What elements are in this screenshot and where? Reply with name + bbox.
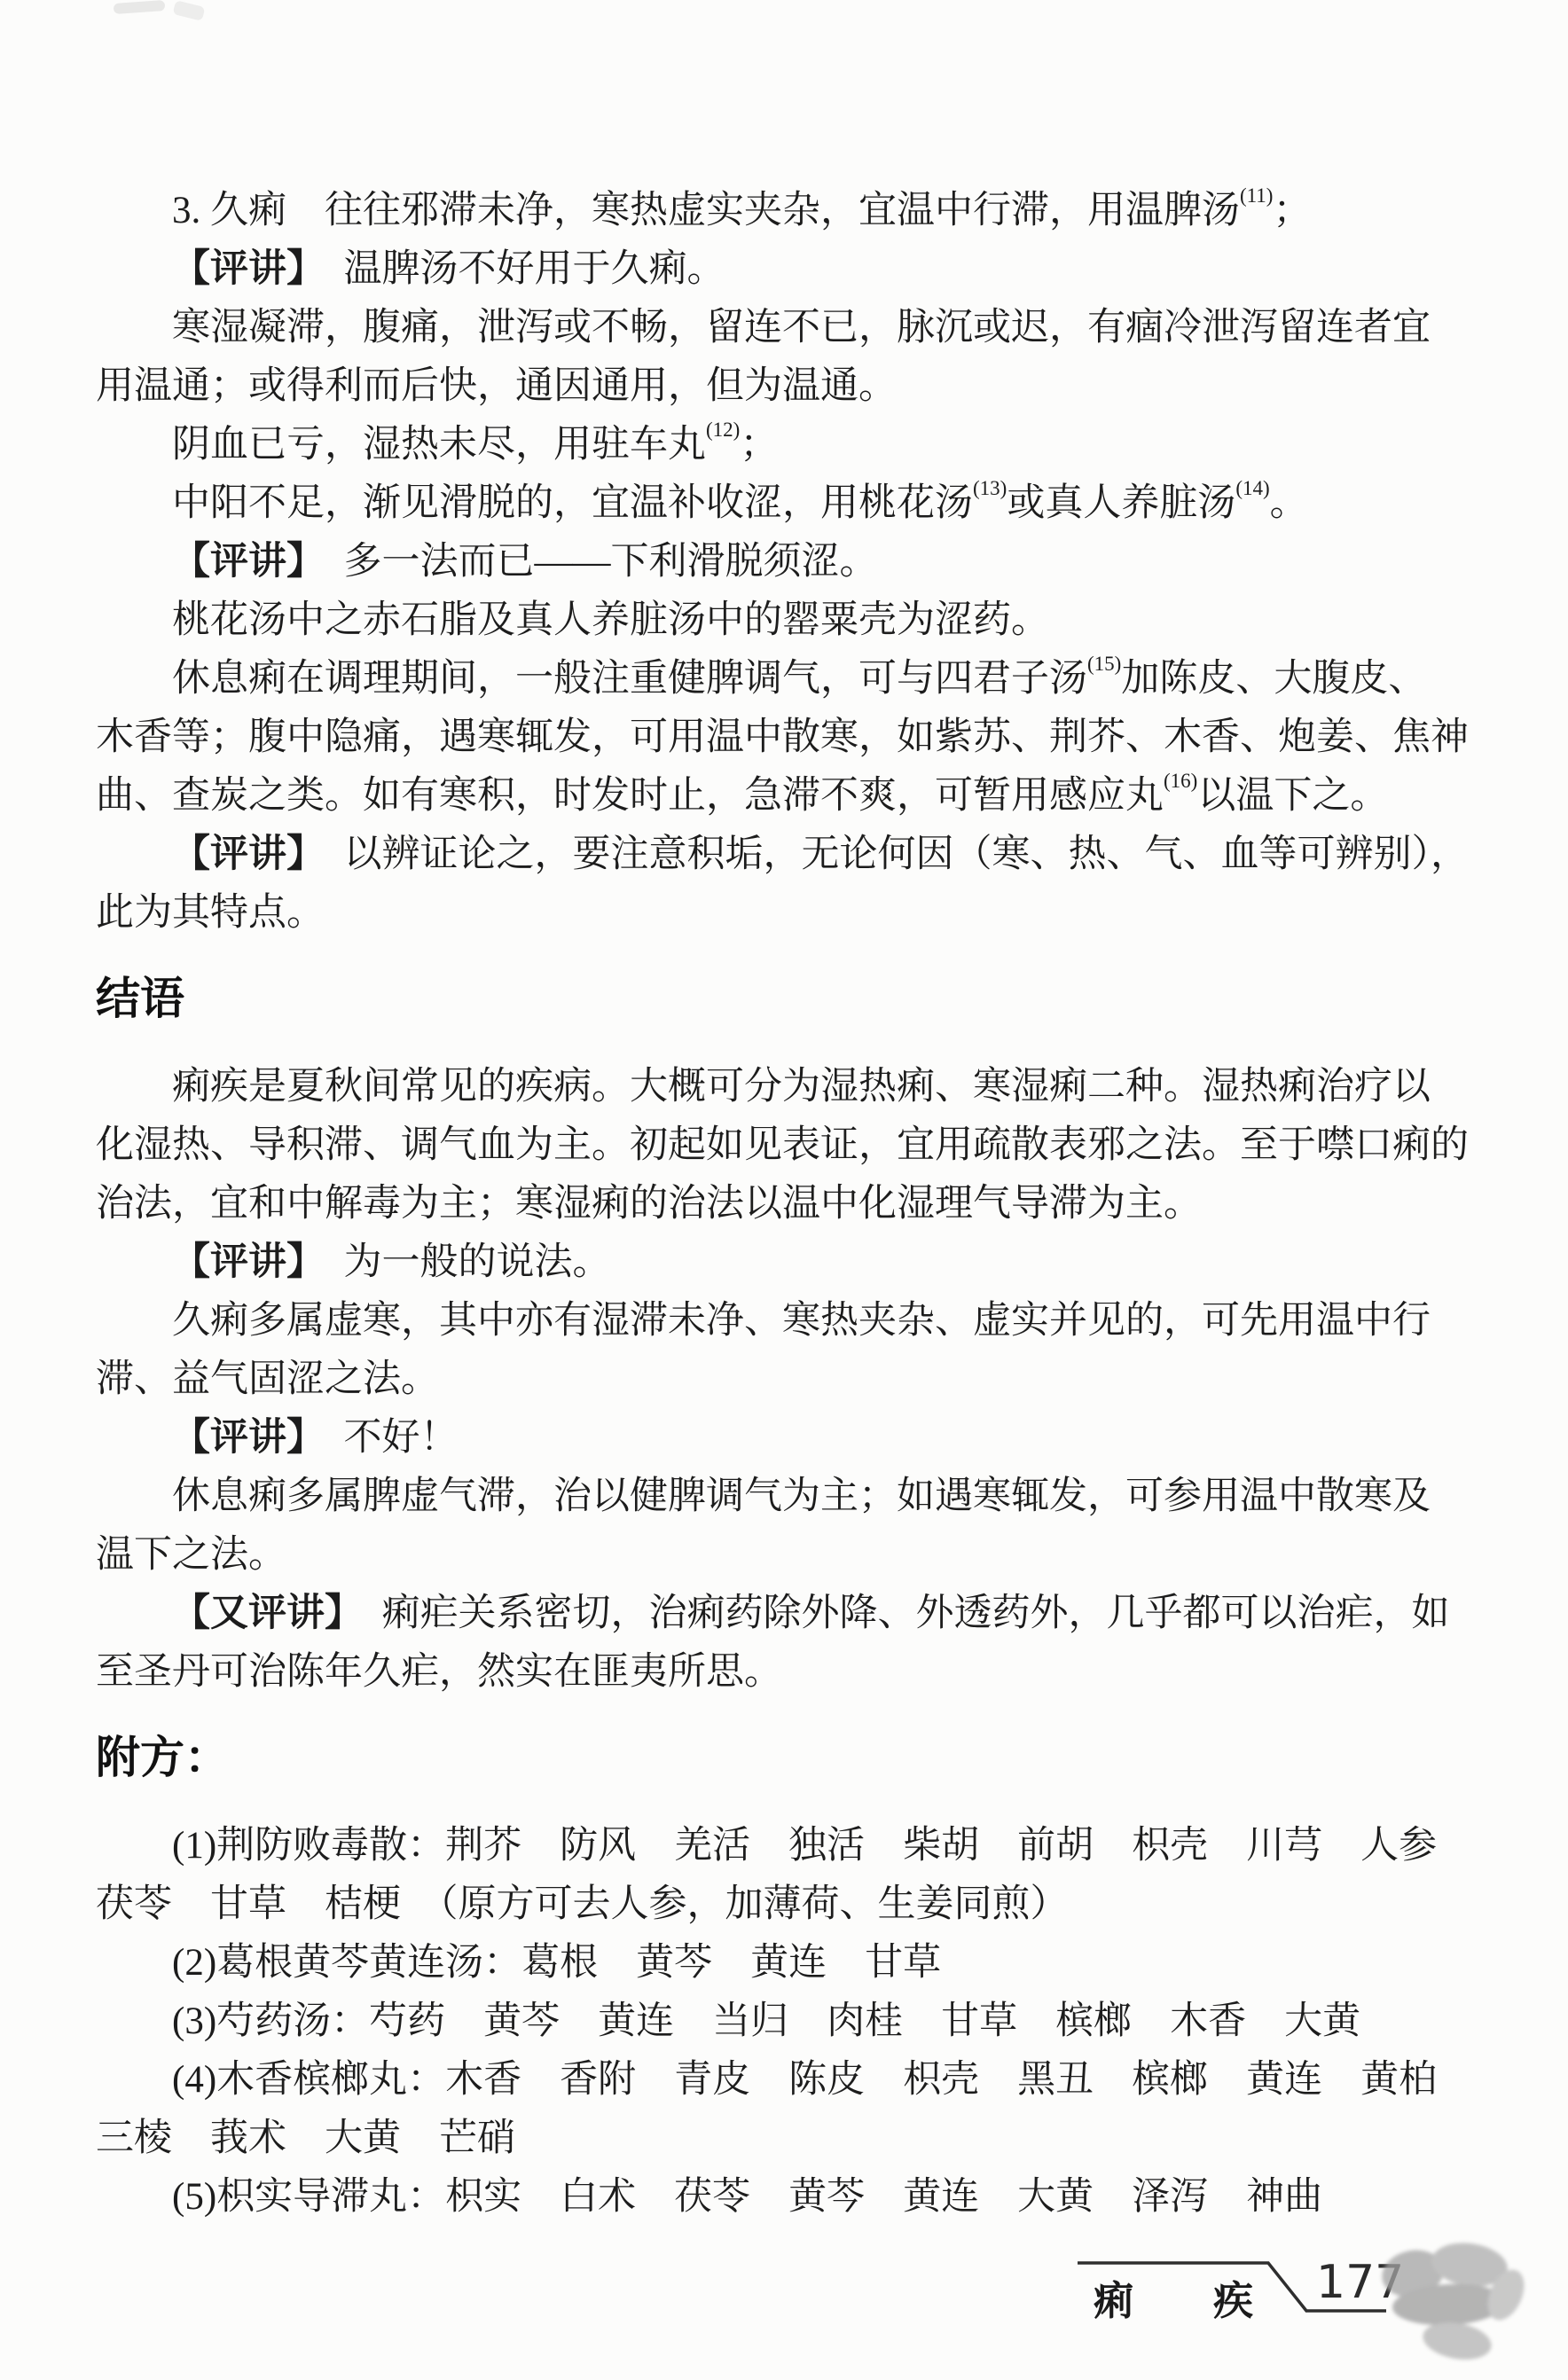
- text-run: 以辨证论之，要注意积垢，无论何因（寒、热、气、血等可辨别），: [306, 834, 1470, 875]
- text-line: 痢疾是夏秋间常见的疾病。大概可分为湿热痢、寒湿痢二种。湿热痢治疗以: [96, 1058, 1472, 1116]
- text-run: 【评讲】: [172, 834, 306, 875]
- text-run: 温脾汤不好用于久痢。: [306, 248, 725, 290]
- text-line: 中阳不足，渐见滑脱的，宜温补收涩，用桃花汤(13)或真人养脏汤(14)。: [96, 474, 1472, 533]
- text-line: 化湿热、导积滞、调气血为主。初起如见表证，宜用疏散表邪之法。至于噤口痢的: [96, 1116, 1472, 1175]
- text-line: 【评讲】 以辨证论之，要注意积垢，无论何因（寒、热、气、血等可辨别），: [96, 826, 1472, 884]
- text-run: 阴血已亏，湿热未尽，用驻车丸: [172, 424, 706, 466]
- text-run: (1)荆防败毒散：荆芥 防风 羌活 独活 柴胡 前胡 枳壳 川芎 人参: [172, 1825, 1437, 1867]
- text-line: 寒湿凝滞，腹痛，泄泻或不畅，留连不已，脉沉或迟，有痼冷泄泻留连者宜: [96, 299, 1472, 357]
- text-line: 【又评讲】 痢疟关系密切，治痢药除外降、外透药外，几乎都可以治疟，如: [96, 1585, 1472, 1643]
- text-line: 休息痢在调理期间，一般注重健脾调气，可与四君子汤(15)加陈皮、大腹皮、: [96, 650, 1472, 709]
- text-run: 【评讲】: [172, 1241, 306, 1283]
- text-run: 多一法而已——下利滑脱须涩。: [306, 541, 878, 583]
- text-run: 【评讲】: [172, 541, 306, 583]
- footnote-ref: (11): [1240, 185, 1273, 206]
- text-run: 【评讲】: [172, 248, 306, 290]
- text-run: 不好！: [306, 1417, 459, 1459]
- text-run: (4)木香槟榔丸：木香 香附 青皮 陈皮 枳壳 黑丑 槟榔 黄连 黄柏: [172, 2059, 1437, 2101]
- footnote-ref: (14): [1235, 478, 1269, 498]
- text-run: 痢疾是夏秋间常见的疾病。大概可分为湿热痢、寒湿痢二种。湿热痢治疗以: [172, 1066, 1431, 1108]
- text-line: 阴血已亏，湿热未尽，用驻车丸(12)；: [96, 416, 1472, 474]
- text-line: 【评讲】 不好！: [96, 1409, 1472, 1468]
- text-run: 以温下之。: [1197, 775, 1388, 817]
- text-run: 曲、查炭之类。如有寒积，时发时止，急滞不爽，可暂用感应丸: [96, 775, 1164, 817]
- text-run: 或真人养脏汤: [1007, 482, 1235, 524]
- text-run: (5)枳实导滞丸：枳实 白术 茯苓 黄芩 黄连 大黄 泽泻 神曲: [172, 2176, 1322, 2218]
- footer-chapter-title: 痢 疾: [1094, 2279, 1253, 2323]
- text-line: 【评讲】 多一法而已——下利滑脱须涩。: [96, 533, 1472, 591]
- text-line: (3)芍药汤：芍药 黄芩 黄连 当归 肉桂 甘草 槟榔 木香 大黄: [96, 1992, 1472, 2051]
- text-run: (2)葛根黄芩黄连汤：葛根 黄芩 黄连 甘草: [172, 1942, 941, 1984]
- stamp-blob: [1420, 2318, 1494, 2365]
- text-run: 温下之法。: [96, 1534, 286, 1576]
- text-run: 桃花汤中之赤石脂及真人养脏汤中的罂粟壳为涩药。: [172, 599, 1049, 641]
- text-run: 茯苓 甘草 桔梗 （原方可去人参，加薄荷、生姜同煎）: [96, 1883, 1069, 1925]
- text-run: 治法，宜和中解毒为主；寒湿痢的治法以温中化湿理气导滞为主。: [96, 1183, 1202, 1225]
- text-run: (3)芍药汤：芍药 黄芩 黄连 当归 肉桂 甘草 槟榔 木香 大黄: [172, 2000, 1360, 2042]
- text-line: 木香等；腹中隐痛，遇寒辄发，可用温中散寒，如紫苏、荆芥、木香、炮姜、焦神: [96, 709, 1472, 767]
- text-line: (1)荆防败毒散：荆芥 防风 羌活 独活 柴胡 前胡 枳壳 川芎 人参: [96, 1817, 1472, 1875]
- section-heading: 附方：: [96, 1732, 1472, 1783]
- text-line: 三棱 莪术 大黄 芒硝: [96, 2110, 1472, 2168]
- text-run: 寒湿凝滞，腹痛，泄泻或不畅，留连不已，脉沉或迟，有痼冷泄泻留连者宜: [172, 307, 1431, 348]
- text-run: 。: [1270, 482, 1308, 524]
- ink-stamp: [1376, 2242, 1527, 2370]
- text-run: 休息痢在调理期间，一般注重健脾调气，可与四君子汤: [172, 658, 1087, 700]
- text-run: 此为其特点。: [96, 892, 325, 934]
- text-line: (4)木香槟榔丸：木香 香附 青皮 陈皮 枳壳 黑丑 槟榔 黄连 黄柏: [96, 2051, 1472, 2110]
- text-line: 休息痢多属脾虚气滞，治以健脾调气为主；如遇寒辄发，可参用温中散寒及: [96, 1468, 1472, 1526]
- text-line: 用温通；或得利而后快，通因通用，但为温通。: [96, 357, 1472, 416]
- text-line: 治法，宜和中解毒为主；寒湿痢的治法以温中化湿理气导滞为主。: [96, 1175, 1472, 1233]
- text-run: 久痢多属虚寒，其中亦有湿滞未净、寒热夹杂、虚实并见的，可先用温中行: [172, 1300, 1431, 1342]
- text-run: 用温通；或得利而后快，通因通用，但为温通。: [96, 365, 897, 407]
- text-run: 【又评讲】: [172, 1593, 344, 1634]
- text-line: 曲、查炭之类。如有寒积，时发时止，急滞不爽，可暂用感应丸(16)以温下之。: [96, 767, 1472, 826]
- text-run: 3. 久痢 往往邪滞未净，寒热虚实夹杂，宜温中行滞，用温脾汤: [172, 190, 1240, 231]
- book-page: 3. 久痢 往往邪滞未净，寒热虚实夹杂，宜温中行滞，用温脾汤(11)；【评讲】 …: [0, 0, 1568, 2380]
- text-line: 久痢多属虚寒，其中亦有湿滞未净、寒热夹杂、虚实并见的，可先用温中行: [96, 1292, 1472, 1350]
- text-run: ；: [740, 424, 778, 466]
- text-line: 【评讲】 为一般的说法。: [96, 1233, 1472, 1292]
- text-line: 滞、益气固涩之法。: [96, 1350, 1472, 1409]
- text-run: 至圣丹可治陈年久疟，然实在匪夷所思。: [96, 1651, 782, 1693]
- text-run: ；: [1273, 190, 1311, 231]
- text-line: 3. 久痢 往往邪滞未净，寒热虚实夹杂，宜温中行滞，用温脾汤(11)；: [96, 182, 1472, 240]
- text-run: 为一般的说法。: [306, 1241, 611, 1283]
- text-line: 桃花汤中之赤石脂及真人养脏汤中的罂粟壳为涩药。: [96, 591, 1472, 650]
- text-line: 至圣丹可治陈年久疟，然实在匪夷所思。: [96, 1643, 1472, 1702]
- text-run: 化湿热、导积滞、调气血为主。初起如见表证，宜用疏散表邪之法。至于噤口痢的: [96, 1124, 1469, 1166]
- text-run: 滞、益气固涩之法。: [96, 1358, 439, 1400]
- scan-artifact: [114, 0, 166, 14]
- text-line: (2)葛根黄芩黄连汤：葛根 黄芩 黄连 甘草: [96, 1934, 1472, 1992]
- scan-artifact: [173, 0, 206, 21]
- footnote-ref: (13): [973, 478, 1007, 498]
- text-line: 茯苓 甘草 桔梗 （原方可去人参，加薄荷、生姜同煎）: [96, 1875, 1472, 1934]
- footnote-ref: (16): [1164, 771, 1197, 791]
- text-run: 三棱 莪术 大黄 芒硝: [96, 2118, 515, 2159]
- text-run: 痢疟关系密切，治痢药除外降、外透药外，几乎都可以治疟，如: [344, 1593, 1450, 1634]
- footnote-ref: (15): [1087, 654, 1121, 674]
- text-run: 中阳不足，渐见滑脱的，宜温补收涩，用桃花汤: [172, 482, 973, 524]
- text-run: 【评讲】: [172, 1417, 306, 1459]
- text-line: 温下之法。: [96, 1526, 1472, 1585]
- text-line: 【评讲】 温脾汤不好用于久痢。: [96, 240, 1472, 299]
- page-text: 3. 久痢 往往邪滞未净，寒热虚实夹杂，宜温中行滞，用温脾汤(11)；【评讲】 …: [96, 182, 1472, 2227]
- text-run: 休息痢多属脾虚气滞，治以健脾调气为主；如遇寒辄发，可参用温中散寒及: [172, 1476, 1431, 1517]
- footnote-ref: (12): [706, 419, 740, 440]
- text-run: 加陈皮、大腹皮、: [1121, 658, 1426, 700]
- text-run: 木香等；腹中隐痛，遇寒辄发，可用温中散寒，如紫苏、荆芥、木香、炮姜、焦神: [96, 716, 1469, 758]
- text-line: (5)枳实导滞丸：枳实 白术 茯苓 黄芩 黄连 大黄 泽泻 神曲: [96, 2168, 1472, 2227]
- text-line: 此为其特点。: [96, 884, 1472, 943]
- section-heading: 结语: [96, 973, 1472, 1024]
